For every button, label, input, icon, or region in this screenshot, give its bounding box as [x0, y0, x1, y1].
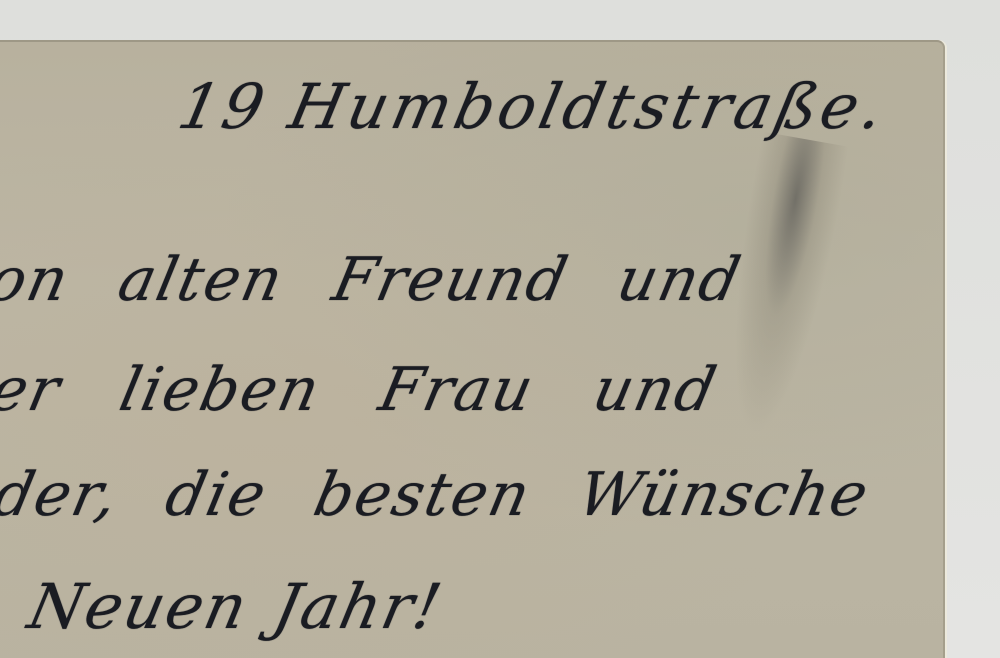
handwritten-line-3: der, die besten Wünsche [0, 460, 876, 530]
handwritten-line-4: Neuen Jahr! [22, 570, 449, 643]
address-line: 19 Humboldtstraße. [172, 70, 894, 143]
handwritten-line-2: er lieben Frau und [0, 355, 724, 425]
handwritten-line-1: on alten Freund und [0, 245, 748, 315]
photo-scene: 19 Humboldtstraße. on alten Freund und e… [0, 0, 1000, 658]
